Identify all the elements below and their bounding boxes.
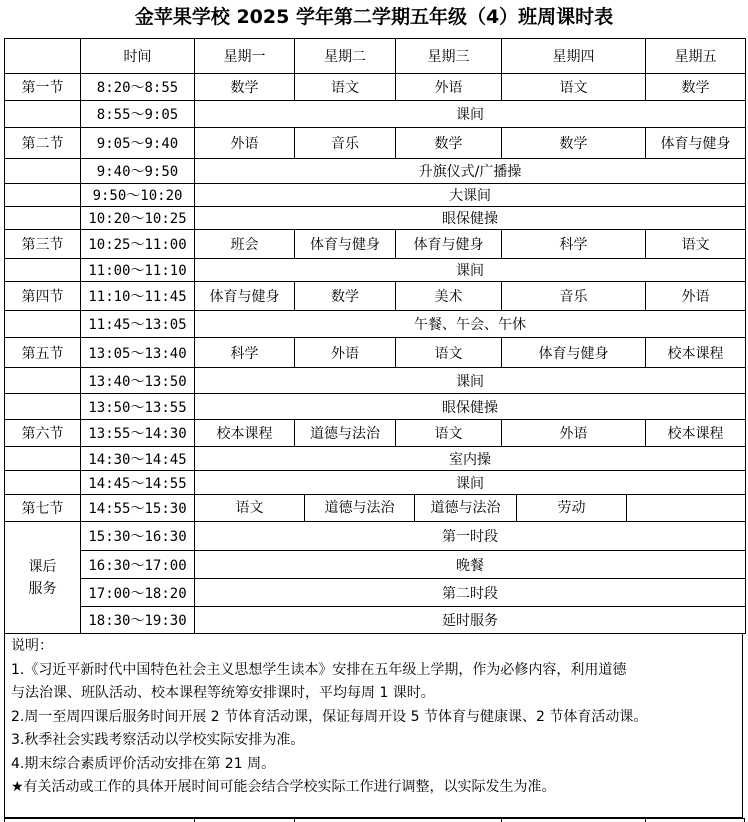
- note-line: 与法治课、班队活动、校本课程等统筹安排课时，平均每周 1 课时。: [11, 682, 742, 706]
- header-blank: [5, 39, 81, 74]
- subject-cell: 校本课程: [646, 420, 746, 447]
- table-row: 第四节 11:10～11:45 体育与健身 数学 美术 音乐 外语: [5, 282, 746, 311]
- subject-cell: 音乐: [295, 128, 396, 159]
- page-title: 金苹果学校 2025 学年第二学期五年级（4）班周课时表: [0, 2, 748, 32]
- period-label: [5, 159, 81, 184]
- subject-cell: 科学: [195, 338, 295, 368]
- table-row: 18:30～19:30 延时服务: [5, 607, 746, 634]
- timetable: 时间 星期一 星期二 星期三 星期四 星期五 第一节 8:20～8:55 数学 …: [4, 38, 746, 634]
- subject-cell: 外语: [502, 420, 646, 447]
- time-cell: 10:25～11:00: [81, 230, 195, 259]
- table-row: 第一节 8:20～8:55 数学 语文 外语 语文 数学: [5, 74, 746, 101]
- activity-cell: 课间: [195, 101, 746, 128]
- subject-cell: 语文: [295, 74, 396, 101]
- header-time: 时间: [81, 39, 195, 74]
- table-row: 第五节 13:05～13:40 科学 外语 语文 体育与健身 校本课程: [5, 338, 746, 368]
- time-cell: 11:00～11:10: [81, 259, 195, 282]
- subject-cell: 数学: [646, 74, 746, 101]
- period-label: 第六节: [5, 420, 81, 447]
- time-cell: 10:20～10:25: [81, 207, 195, 230]
- period-label: [5, 447, 81, 471]
- next-table-row-edge: [4, 818, 745, 822]
- subject-group: 语文 道德与法治 道德与法治 劳动: [195, 495, 746, 522]
- time-cell: 11:10～11:45: [81, 282, 195, 311]
- notes-heading: 说明：: [11, 635, 742, 659]
- table-row: 11:45～13:05 午餐、午会、午休: [5, 311, 746, 338]
- table-row: 16:30～17:00 晚餐: [5, 551, 746, 579]
- activity-cell: 延时服务: [195, 607, 746, 634]
- subject-cell: 体育与健身: [195, 282, 295, 311]
- time-cell: 14:30～14:45: [81, 447, 195, 471]
- header-monday: 星期一: [195, 39, 295, 74]
- subject-cell: 外语: [195, 128, 295, 159]
- subject-cell: 数学: [502, 128, 646, 159]
- activity-cell: 课间: [195, 259, 746, 282]
- table-row: 第二节 9:05～9:40 外语 音乐 数学 数学 体育与健身: [5, 128, 746, 159]
- period-label: 第二节: [5, 128, 81, 159]
- note-line: 3.秋季社会实践考察活动以学校实际安排为准。: [11, 729, 742, 753]
- time-cell: 13:50～13:55: [81, 394, 195, 420]
- time-cell: 13:05～13:40: [81, 338, 195, 368]
- table-row: 13:40～13:50 课间: [5, 368, 746, 394]
- period-label: [5, 368, 81, 394]
- subject-cell: 体育与健身: [502, 338, 646, 368]
- activity-cell: 第二时段: [195, 579, 746, 607]
- subject-cell: 校本课程: [195, 420, 295, 447]
- time-cell: 14:55～15:30: [81, 495, 195, 522]
- header-tuesday: 星期二: [295, 39, 396, 74]
- period-label: 第五节: [5, 338, 81, 368]
- table-row: 11:00～11:10 课间: [5, 259, 746, 282]
- subject-cell: 语文: [396, 338, 502, 368]
- note-line: 2.周一至周四课后服务时间开展 2 节体育活动课，保证每周开设 5 节体育与健康…: [11, 706, 742, 730]
- activity-cell: 第一时段: [195, 522, 746, 551]
- subject-cell: 数学: [195, 74, 295, 101]
- subject-cell: 体育与健身: [295, 230, 396, 259]
- subject-cell: 道德与法治: [415, 495, 517, 521]
- table-row: 第六节 13:55～14:30 校本课程 道德与法治 语文 外语 校本课程: [5, 420, 746, 447]
- header-friday: 星期五: [646, 39, 746, 74]
- table-row: 14:45～14:55 课间: [5, 471, 746, 495]
- subject-cell: 美术: [396, 282, 502, 311]
- header-row: 时间 星期一 星期二 星期三 星期四 星期五: [5, 39, 746, 74]
- time-cell: 18:30～19:30: [81, 607, 195, 634]
- period-label: [5, 394, 81, 420]
- subject-cell: 语文: [646, 230, 746, 259]
- period-label: 第三节: [5, 230, 81, 259]
- activity-cell: 眼保健操: [195, 394, 746, 420]
- period-label: [5, 259, 81, 282]
- subject-cell: 科学: [502, 230, 646, 259]
- subject-cell: 劳动: [517, 495, 627, 521]
- table-row: 14:30～14:45 室内操: [5, 447, 746, 471]
- activity-cell: 午餐、午会、午休: [195, 311, 746, 338]
- note-line: 4.期末综合素质评价活动安排在第 21 周。: [11, 753, 742, 777]
- table-row: 13:50～13:55 眼保健操: [5, 394, 746, 420]
- note-line: ★有关活动或工作的具体开展时间可能会结合学校实际工作进行调整，以实际发生为准。: [11, 776, 742, 800]
- subject-cell: 体育与健身: [646, 128, 746, 159]
- table-row: 课后 服务 15:30～16:30 第一时段: [5, 522, 746, 551]
- subject-cell: 外语: [396, 74, 502, 101]
- subject-cell: 数学: [295, 282, 396, 311]
- time-cell: 13:55～14:30: [81, 420, 195, 447]
- time-cell: 9:50～10:20: [81, 184, 195, 207]
- activity-cell: 晚餐: [195, 551, 746, 579]
- time-cell: 17:00～18:20: [81, 579, 195, 607]
- subject-cell: 外语: [295, 338, 396, 368]
- table-row: 17:00～18:20 第二时段: [5, 579, 746, 607]
- time-cell: 16:30～17:00: [81, 551, 195, 579]
- subject-cell: 体育与健身: [396, 230, 502, 259]
- activity-cell: 室内操: [195, 447, 746, 471]
- subject-cell: 道德与法治: [305, 495, 415, 521]
- activity-cell: 升旗仪式/广播操: [195, 159, 746, 184]
- note-line: 1.《习近平新时代中国特色社会主义思想学生读本》安排在五年级上学期，作为必修内容…: [11, 659, 742, 683]
- period-label: [5, 471, 81, 495]
- time-cell: 13:40～13:50: [81, 368, 195, 394]
- time-cell: 8:20～8:55: [81, 74, 195, 101]
- subject-cell: 语文: [195, 495, 305, 521]
- period-label: 第四节: [5, 282, 81, 311]
- table-row: 第三节 10:25～11:00 班会 体育与健身 体育与健身 科学 语文: [5, 230, 746, 259]
- time-cell: 14:45～14:55: [81, 471, 195, 495]
- table-row: 10:20～10:25 眼保健操: [5, 207, 746, 230]
- subject-cell: 语文: [502, 74, 646, 101]
- table-row: 9:50～10:20 大课间: [5, 184, 746, 207]
- subject-cell: 音乐: [502, 282, 646, 311]
- header-wednesday: 星期三: [396, 39, 502, 74]
- period-label: 第一节: [5, 74, 81, 101]
- time-cell: 15:30～16:30: [81, 522, 195, 551]
- activity-cell: 课间: [195, 471, 746, 495]
- period-label: [5, 184, 81, 207]
- time-cell: 9:05～9:40: [81, 128, 195, 159]
- subject-cell: 校本课程: [646, 338, 746, 368]
- subject-cell: 外语: [646, 282, 746, 311]
- period-label: [5, 101, 81, 128]
- subject-cell: 数学: [396, 128, 502, 159]
- notes-box: 说明： 1.《习近平新时代中国特色社会主义思想学生读本》安排在五年级上学期，作为…: [4, 633, 743, 818]
- time-cell: 8:55～9:05: [81, 101, 195, 128]
- subject-cell: 班会: [195, 230, 295, 259]
- activity-cell: 眼保健操: [195, 207, 746, 230]
- subject-cell: [627, 495, 745, 521]
- after-school-label: 课后 服务: [5, 522, 81, 634]
- table-row: 9:40～9:50 升旗仪式/广播操: [5, 159, 746, 184]
- table-row: 第七节 14:55～15:30 语文 道德与法治 道德与法治 劳动: [5, 495, 746, 522]
- activity-cell: 大课间: [195, 184, 746, 207]
- time-cell: 11:45～13:05: [81, 311, 195, 338]
- subject-cell: 道德与法治: [295, 420, 396, 447]
- time-cell: 9:40～9:50: [81, 159, 195, 184]
- period-label: [5, 207, 81, 230]
- period-label: 第七节: [5, 495, 81, 522]
- activity-cell: 课间: [195, 368, 746, 394]
- subject-cell: 语文: [396, 420, 502, 447]
- period-label: [5, 311, 81, 338]
- table-row: 8:55～9:05 课间: [5, 101, 746, 128]
- header-thursday: 星期四: [502, 39, 646, 74]
